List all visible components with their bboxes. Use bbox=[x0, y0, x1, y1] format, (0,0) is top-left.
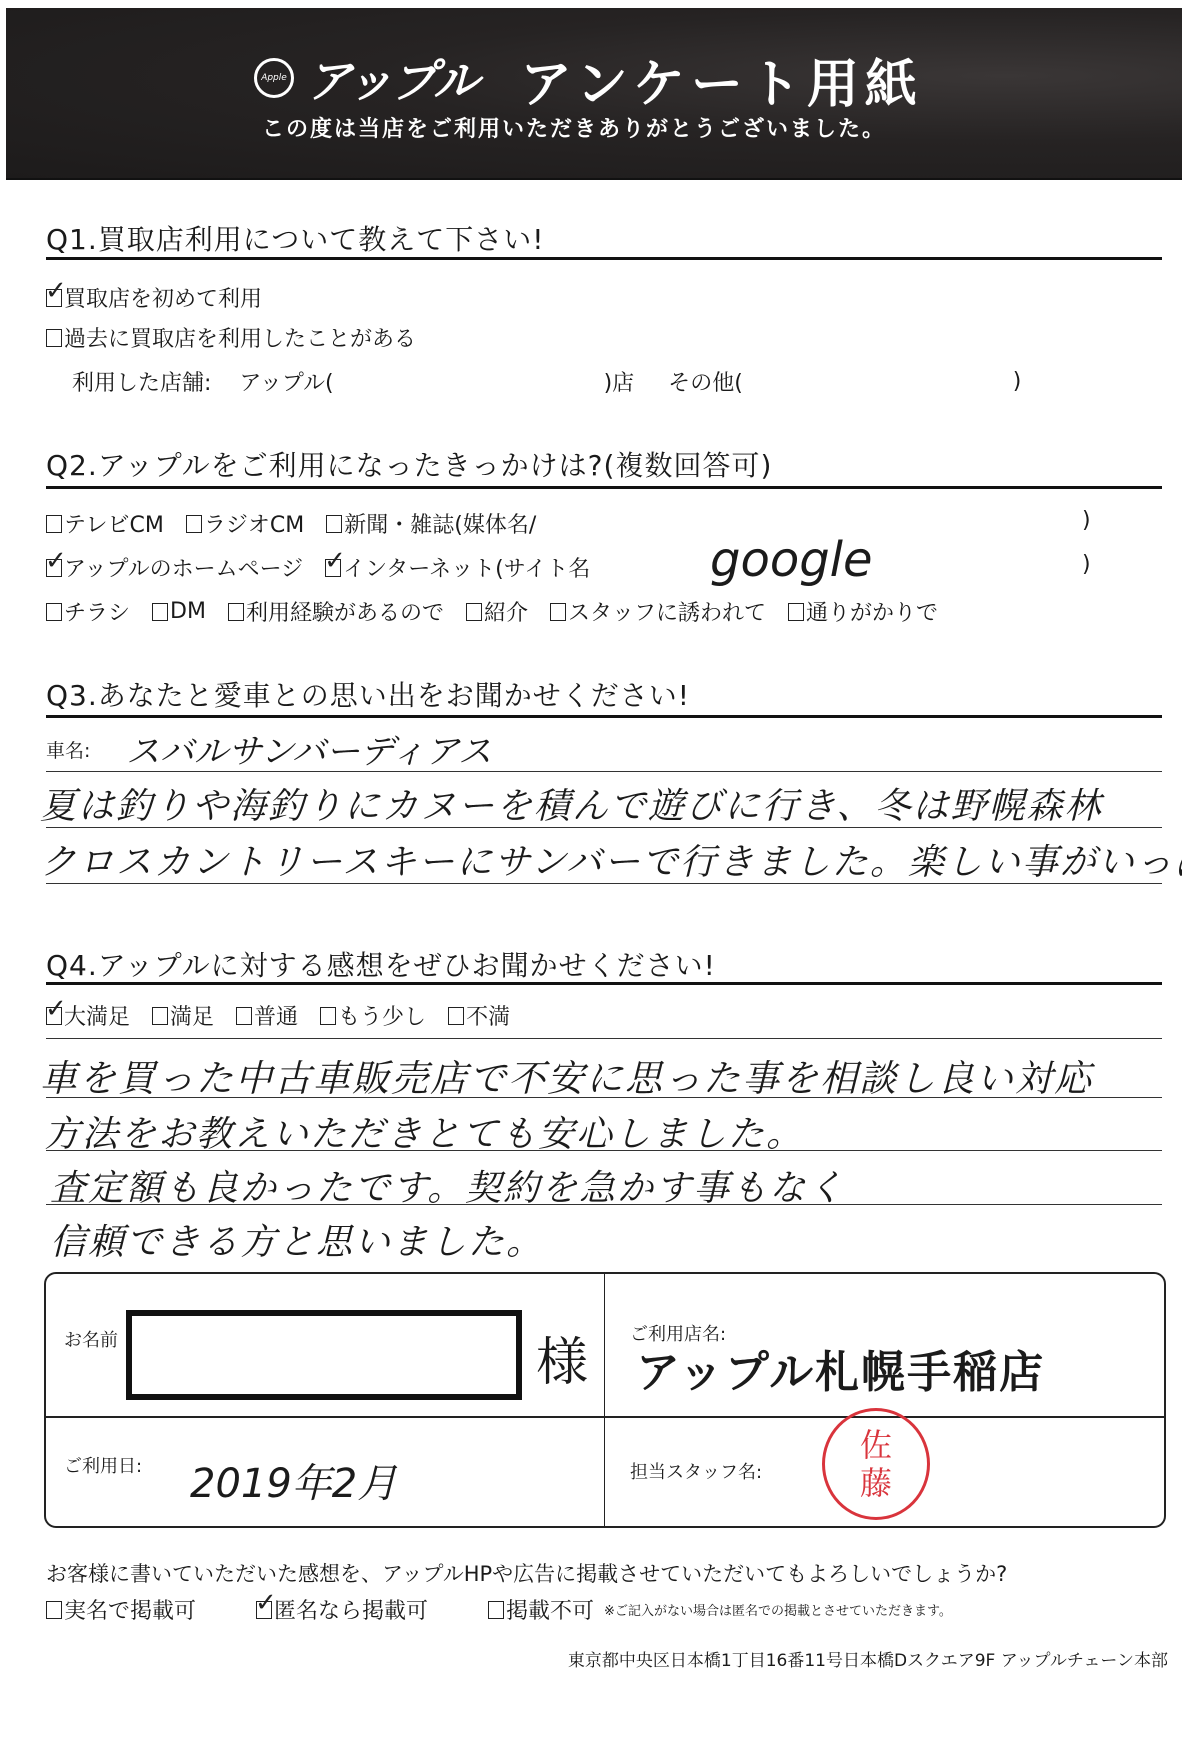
box-divider-horizontal bbox=[44, 1416, 1166, 1418]
q2-row2-close: ) bbox=[1082, 552, 1091, 577]
q2-option-experience[interactable]: 利用経験があるので bbox=[228, 596, 444, 627]
option-label: 実名で掲載可 bbox=[64, 1594, 196, 1625]
other-store-prefix: その他( bbox=[668, 366, 743, 397]
option-label: 掲載不可 bbox=[506, 1594, 594, 1625]
q2-row1-close: ) bbox=[1082, 508, 1091, 533]
checkbox[interactable] bbox=[325, 559, 341, 577]
staff-name-label: 担当スタッフ名: bbox=[630, 1458, 762, 1484]
car-name-label: 車名: bbox=[46, 736, 90, 763]
q2-row-3: チラシ DM 利用経験があるので 紹介 スタッフに誘われて 通りがかりで bbox=[46, 596, 960, 627]
checkbox[interactable] bbox=[550, 603, 566, 621]
publish-consent-question: お客様に書いていただいた感想を、アップルHPや広告に掲載させていただいてもよろし… bbox=[46, 1558, 1007, 1588]
q2-option-newspaper[interactable]: 新聞・雑誌(媒体名/ bbox=[326, 508, 536, 539]
q2-option-passing-by[interactable]: 通りがかりで bbox=[788, 596, 938, 627]
q1-heading: Q1.買取店利用について教えて下さい! bbox=[46, 218, 544, 258]
publish-not-allowed[interactable]: 掲載不可 bbox=[488, 1594, 594, 1625]
q1-option-used-before[interactable]: 過去に買取店を利用したことがある bbox=[46, 322, 416, 353]
checkbox[interactable] bbox=[46, 289, 62, 307]
q3-line bbox=[46, 827, 1162, 828]
q2-option-internet[interactable]: インターネット(サイト名 bbox=[325, 552, 590, 583]
q3-line bbox=[46, 771, 1162, 772]
rating-dissatisfied[interactable]: 不満 bbox=[448, 1000, 510, 1031]
option-label: 利用経験があるので bbox=[246, 596, 444, 627]
option-label: 大満足 bbox=[64, 1000, 130, 1031]
q4-line bbox=[46, 1150, 1162, 1151]
q2-rule bbox=[46, 486, 1162, 489]
option-label: 匿名なら掲載可 bbox=[274, 1594, 428, 1625]
checkbox[interactable] bbox=[228, 603, 244, 621]
visit-date-label: ご利用日: bbox=[64, 1452, 142, 1478]
q2-row-2: アップルのホームページ インターネット(サイト名 bbox=[46, 552, 612, 583]
q1-store-line: 利用した店舗: アップル( )店 その他( ) bbox=[72, 366, 1021, 397]
q2-option-flyer[interactable]: チラシ bbox=[46, 596, 130, 627]
option-label: 不満 bbox=[466, 1000, 510, 1031]
publish-consent-options: 実名で掲載可 匿名なら掲載可 掲載不可 ※ご記入がない場合は匿名での掲載とさせて… bbox=[46, 1594, 952, 1625]
checkbox[interactable] bbox=[46, 515, 62, 533]
checkbox[interactable] bbox=[236, 1007, 252, 1025]
car-name-field[interactable]: スバルサンバーディアス bbox=[126, 724, 492, 773]
q4-line bbox=[46, 1097, 1162, 1098]
other-store-suffix: ) bbox=[1013, 369, 1022, 394]
apple-store-prefix: アップル( bbox=[239, 366, 333, 397]
option-label: チラシ bbox=[64, 596, 130, 627]
option-label: アップルのホームページ bbox=[64, 552, 303, 583]
option-label: 買取店を初めて利用 bbox=[64, 282, 262, 313]
checkbox[interactable] bbox=[152, 603, 168, 621]
option-label: DM bbox=[170, 599, 206, 624]
q4-ratings: 大満足 満足 普通 もう少し 不満 bbox=[46, 1000, 532, 1031]
site-name-field[interactable]: google bbox=[710, 532, 873, 588]
q3-answer-line-2[interactable]: クロスカントリースキーにサンバーで行きました。楽しい事がいっぱいの車でし bbox=[40, 834, 1182, 885]
q2-option-dm[interactable]: DM bbox=[152, 599, 206, 624]
q2-option-tv[interactable]: テレビCM bbox=[46, 508, 164, 539]
option-label: 満足 bbox=[170, 1000, 214, 1031]
form-title: アンケート用紙 bbox=[520, 42, 923, 117]
option-label: インターネット(サイト名 bbox=[343, 552, 590, 583]
staff-hanko-stamp: 佐 藤 bbox=[822, 1408, 930, 1520]
checkbox[interactable] bbox=[448, 1007, 464, 1025]
option-label: 過去に買取店を利用したことがある bbox=[64, 322, 416, 353]
checkbox[interactable] bbox=[46, 1601, 62, 1619]
q4-answer-line-1[interactable]: 車を買った中古車販売店で不安に思った事を相談し良い対応 bbox=[40, 1048, 1093, 1102]
option-label: ラジオCM bbox=[204, 508, 304, 539]
q2-option-radio[interactable]: ラジオCM bbox=[186, 508, 304, 539]
option-label: 通りがかりで bbox=[806, 596, 938, 627]
q4-answer-line-4[interactable]: 信頼できる方と思いました。 bbox=[50, 1214, 544, 1265]
name-label: お名前 bbox=[64, 1326, 118, 1352]
checkbox[interactable] bbox=[466, 603, 482, 621]
option-label: もう少し bbox=[338, 1000, 426, 1031]
publish-anonymous[interactable]: 匿名なら掲載可 bbox=[256, 1594, 428, 1625]
checkbox[interactable] bbox=[186, 515, 202, 533]
form-subtitle: この度は当店をご利用いただきありがとうございました。 bbox=[262, 112, 886, 143]
brand-logo: Apple アップル bbox=[254, 48, 477, 108]
checkbox[interactable] bbox=[326, 515, 342, 533]
q4-line bbox=[46, 1204, 1162, 1205]
apple-logo-icon: Apple bbox=[254, 58, 294, 98]
checkbox[interactable] bbox=[256, 1601, 272, 1619]
honorific: 様 bbox=[536, 1320, 588, 1395]
visit-date-value[interactable]: 2019年2月 bbox=[190, 1452, 397, 1509]
name-field-redacted[interactable] bbox=[126, 1310, 522, 1400]
apple-store-suffix: )店 bbox=[604, 366, 635, 397]
checkbox[interactable] bbox=[788, 603, 804, 621]
store-name-value[interactable]: アップル札幌手稲店 bbox=[636, 1336, 1045, 1400]
option-label: スタッフに誘われて bbox=[568, 596, 766, 627]
publish-real-name[interactable]: 実名で掲載可 bbox=[46, 1594, 196, 1625]
q4-line bbox=[46, 1038, 1162, 1039]
q1-option-first-time[interactable]: 買取店を初めて利用 bbox=[46, 282, 262, 313]
option-label: 新聞・雑誌(媒体名/ bbox=[344, 508, 536, 539]
q4-rule bbox=[46, 982, 1162, 985]
q3-rule bbox=[46, 715, 1162, 718]
checkbox[interactable] bbox=[46, 559, 62, 577]
q2-heading: Q2.アップルをご利用になったきっかけは?(複数回答可) bbox=[46, 444, 772, 484]
store-label: 利用した店舗: bbox=[72, 366, 211, 397]
checkbox[interactable] bbox=[46, 1007, 62, 1025]
q2-row-1: テレビCM ラジオCM 新聞・雑誌(媒体名/ bbox=[46, 508, 558, 539]
checkbox[interactable] bbox=[320, 1007, 336, 1025]
q3-line bbox=[46, 883, 1162, 884]
option-label: 紹介 bbox=[484, 596, 528, 627]
q2-option-homepage[interactable]: アップルのホームページ bbox=[46, 552, 303, 583]
stamp-char: 佐 bbox=[860, 1426, 892, 1464]
rating-neutral[interactable]: 普通 bbox=[236, 1000, 298, 1031]
rating-needs-improvement[interactable]: もう少し bbox=[320, 1000, 426, 1031]
checkbox[interactable] bbox=[46, 329, 62, 347]
option-label: 普通 bbox=[254, 1000, 298, 1031]
q3-heading: Q3.あなたと愛車との思い出をお聞かせください! bbox=[46, 674, 690, 714]
q2-option-staff[interactable]: スタッフに誘われて bbox=[550, 596, 766, 627]
checkbox[interactable] bbox=[488, 1601, 504, 1619]
q1-rule bbox=[46, 257, 1162, 260]
box-divider-vertical bbox=[604, 1272, 605, 1528]
checkbox[interactable] bbox=[152, 1007, 168, 1025]
option-label: テレビCM bbox=[64, 508, 164, 539]
q4-heading: Q4.アップルに対する感想をぜひお聞かせください! bbox=[46, 944, 716, 984]
publish-note: ※ご記入がない場合は匿名での掲載とさせていただきます。 bbox=[604, 1600, 952, 1619]
hq-address: 東京都中央区日本橋1丁目16番11号日本橋Dスクエア9F アップルチェーン本部 bbox=[568, 1646, 1168, 1671]
brand-name: アップル bbox=[306, 45, 477, 111]
checkbox[interactable] bbox=[46, 603, 62, 621]
q3-answer-line-1[interactable]: 夏は釣りや海釣りにカヌーを積んで遊びに行き、冬は野幌森林 bbox=[40, 778, 1103, 829]
rating-very-satisfied[interactable]: 大満足 bbox=[46, 1000, 130, 1031]
rating-satisfied[interactable]: 満足 bbox=[152, 1000, 214, 1031]
stamp-char: 藤 bbox=[860, 1464, 892, 1502]
q2-option-referral[interactable]: 紹介 bbox=[466, 596, 528, 627]
